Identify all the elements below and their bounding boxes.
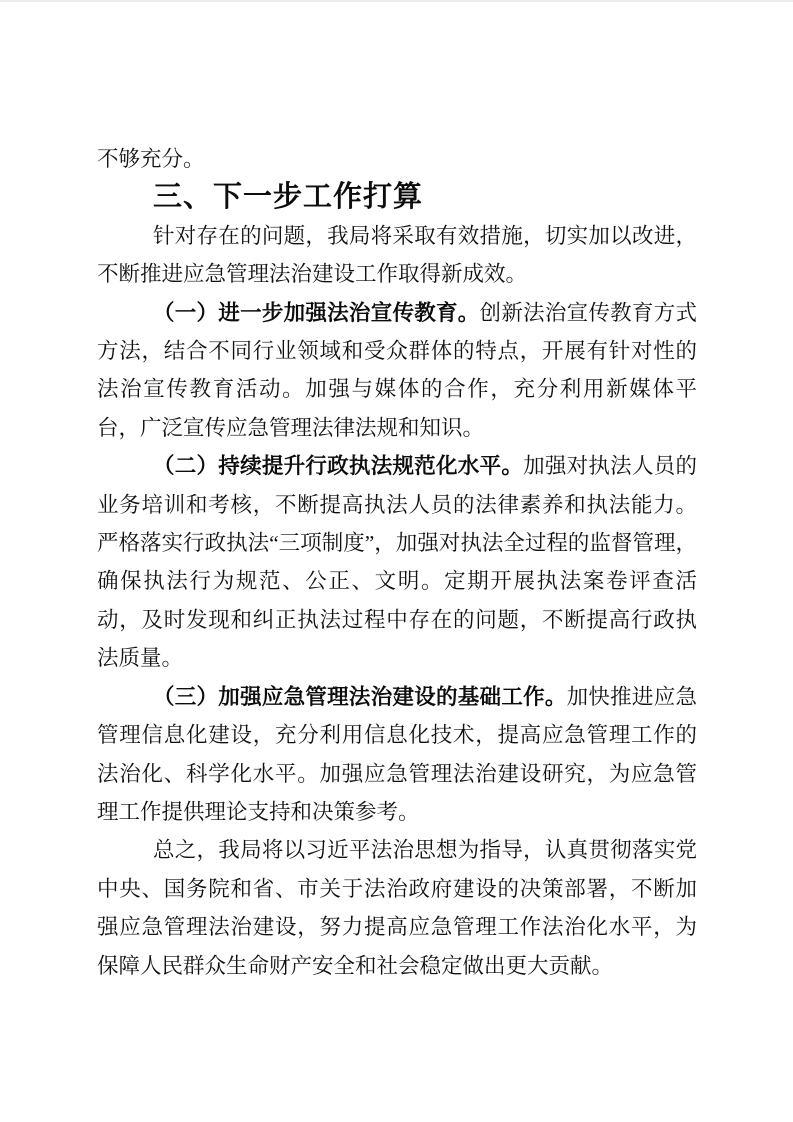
paragraph-item-3: （三）加强应急管理法治建设的基础工作。加快推进应急管理信息化建设，充分利用信息化… (97, 678, 697, 832)
paragraph-conclusion-text: 总之，我局将以习近平法治思想为指导，认真贯彻落实党中央、国务院和省、市关于法治政… (97, 838, 697, 977)
paragraph-intro: 针对存在的问题，我局将采取有效措施，切实加以改进，不断推进应急管理法治建设工作取… (97, 217, 697, 294)
paragraph-item-1-lead: （一）进一步加强法治宣传教育。 (153, 301, 480, 325)
paragraph-item-3-lead: （三）加强应急管理法治建设的基础工作。 (153, 685, 567, 709)
paragraph-item-2: （二）持续提升行政执法规范化水平。加强对执法人员的业务培训和考核，不断提高执法人… (97, 447, 697, 677)
paragraph-conclusion: 总之，我局将以习近平法治思想为指导，认真贯彻落实党中央、国务院和省、市关于法治政… (97, 831, 697, 985)
paragraph-continuation: 不够充分。 (97, 140, 697, 178)
paragraph-item-1: （一）进一步加强法治宣传教育。创新法治宣传教育方式方法，结合不同行业领域和受众群… (97, 294, 697, 448)
page-top-edge (0, 0, 793, 2)
paragraph-intro-text: 针对存在的问题，我局将采取有效措施，切实加以改进，不断推进应急管理法治建设工作取… (97, 224, 697, 286)
document-body: 不够充分。三、下一步工作打算针对存在的问题，我局将采取有效措施，切实加以改进，不… (97, 140, 697, 985)
paragraph-continuation-text: 不够充分。 (97, 147, 205, 171)
section-heading-next-steps: 三、下一步工作打算 (97, 178, 697, 216)
paragraph-item-2-text: 加强对执法人员的业务培训和考核，不断提高执法人员的法律素养和执法能力。严格落实行… (97, 454, 697, 670)
paragraph-item-2-lead: （二）持续提升行政执法规范化水平。 (153, 454, 523, 478)
document-page: { "page": { "background_color": "#ffffff… (0, 0, 793, 1122)
section-heading-next-steps-text: 三、下一步工作打算 (153, 181, 423, 213)
